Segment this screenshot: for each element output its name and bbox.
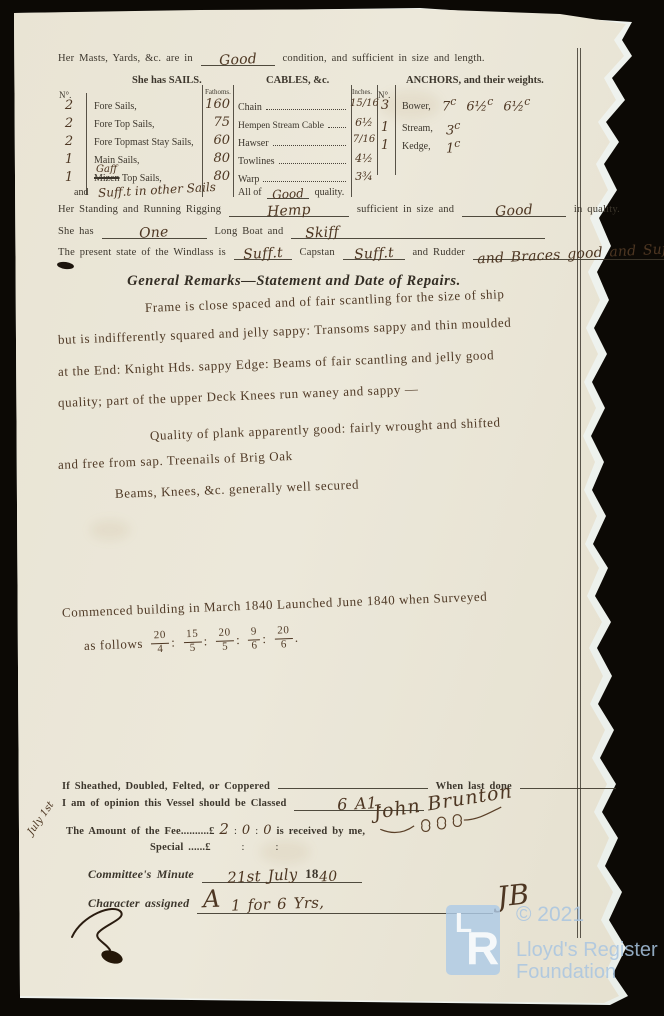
form-content: Her Masts, Yards, &c. are in Good condit… [14,11,614,1007]
boats-value-2: Skiff [305,224,340,242]
fee-label: The Amount of the Fee..........£ [66,826,215,837]
anchor-count: 1 [378,120,392,135]
sheathed-blank [278,775,428,789]
date-fraction: 206 [274,625,293,651]
rigging-pre: Her Standing and Running Rigging [58,204,221,215]
committee-year-hw: 40 [318,869,337,886]
watermark-org-line2: Foundation [516,961,616,984]
committee-date: 21st July [227,865,298,887]
cable-item: Hawser [238,137,348,149]
anchor-weights: 7c 6½c 6½c [442,95,530,114]
sheathed-line: If Sheathed, Doubled, Felted, or Coppere… [62,775,619,792]
remarks-line: Beams, Knees, &c. generally well secured [115,477,360,502]
cables-quality-line: All of Good quality. [238,187,344,199]
anchor-count: 1 [378,138,392,153]
anchor-count: 3 [378,98,392,113]
rigging-value-1: Hemp [267,202,311,220]
rigging-line: Her Standing and Running Rigging Hemp su… [58,203,620,217]
windlass-mid-1: Capstan [300,247,335,258]
ink-flourish [64,899,164,974]
inches-colhead: Inches. [352,88,372,96]
fathoms-value: 75 [202,115,230,130]
special-colon: : [276,842,279,853]
watermark-copyright: © 2021 [516,903,584,927]
masts-line: Her Masts, Yards, &c. are in Good condit… [58,52,485,66]
windlass-value-3: and Braces good and Suff.t [477,241,664,268]
cable-label: Hawser [238,138,269,149]
anchor-weight: 6½c [466,95,493,114]
special-label: Special ......£ [150,842,211,853]
boats-blank-2: Skiff [291,225,545,239]
dot-leader [273,137,346,146]
weight-num: 6½ [466,99,487,114]
masts-blank: Good [201,52,275,66]
rigging-blank-1: Hemp [229,203,349,217]
inserted-word: Gaff [96,164,117,175]
sails-header: She has SAILS. [132,75,202,86]
character-class-term: 1 for 6 Yrs, [230,893,324,914]
quality-value: Good [272,186,304,202]
committee-minute-line: Committee's Minute 21st July 18 40 [88,866,365,883]
committee-blank: 21st July 18 40 [202,866,362,883]
sails-item: Fore Top Sails, [94,119,155,130]
special-line: Special ......£ : : [150,842,279,853]
windlass-blank-2: Suff.t [343,246,405,260]
anchor-label: Bower, [402,101,431,112]
date-fraction: 204 [151,630,170,656]
fee-colon: : [234,826,237,837]
quality-blank: Good [267,187,309,199]
table-rule [233,85,234,197]
date-fraction: 155 [183,628,202,654]
lr-logo: L R [446,905,500,975]
fathoms-colhead: Fathoms. [205,88,231,96]
windlass-blank-1: Suff.t [234,246,292,260]
dot-leader [263,173,346,182]
remarks-line: quality; part of the upper Deck Knees ru… [58,381,419,411]
quality-pre: All of [238,187,262,198]
sails-count: 1 [60,152,78,167]
remarks-line: Quality of plank apparently good: fairly… [150,415,501,444]
cwt-mark: c [454,137,460,150]
build-note-line: Commenced building in March 1840 Launche… [62,589,488,621]
cable-item: Towlines [238,155,348,167]
boats-mid: Long Boat and [214,226,283,237]
windlass-value-2: Suff.t [353,245,394,263]
frac-top: 20 [274,625,293,639]
rigging-mid: sufficient in size and [357,204,454,215]
dot-leader [328,119,346,128]
rigging-value-2: Good [495,202,534,220]
cable-label: Chain [238,102,262,113]
rigging-post: in quality. [574,204,620,215]
character-class-letter: A [203,885,222,914]
fathoms-value: 80 [202,169,230,184]
remarks-line: Frame is close spaced and of fair scantl… [145,286,505,316]
cable-item: Warp [238,173,348,185]
date-fraction: 205 [215,627,234,653]
cwt-mark: c [454,119,460,132]
fee-margin-note: July 1st [26,800,57,837]
frac-bottom: 6 [251,640,258,652]
build-prefix: as follows [84,635,144,653]
sails-extra-printed: and [74,187,88,198]
windlass-pre: The present state of the Windlass is [58,247,226,258]
sails-count: 2 [60,134,78,149]
anchor-weight: 6½c [503,95,530,114]
masts-label: Her Masts, Yards, &c. are in [58,53,193,64]
windlass-value-1: Suff.t [243,245,284,263]
cwt-mark: c [450,95,456,108]
weight-num: 6½ [503,99,524,114]
dot-leader [266,101,346,110]
ink-blot [57,261,75,270]
committee-year-printed: 18 [305,866,318,882]
frac-sep: . [294,629,298,645]
sheathed-label: If Sheathed, Doubled, Felted, or Coppere… [62,781,270,792]
inches-value: 3¾ [350,170,378,183]
sails-count: 2 [60,116,78,131]
cwt-mark: c [524,95,530,108]
anchor-label: Stream, [402,123,433,134]
boats-value-1: One [139,224,169,242]
build-dates-line: as follows 204: 155: 205: 96: 206. [84,625,300,658]
fee-post: is received by me, [277,826,366,837]
cable-label: Warp [238,174,259,185]
inches-value: 15/16 [350,98,378,109]
lr-logo-letter-r: R [466,921,499,975]
fee-colon: : [255,826,258,837]
when-last-done-blank [520,775,616,789]
cable-item: Hempen Stream Cable [238,119,348,131]
windlass-blank-3: and Braces good and Suff.t [473,246,664,260]
frac-bottom: 5 [222,641,229,653]
frac-sep: : [262,631,267,647]
fee-pence: 0 [263,823,271,838]
table-rule [86,93,87,195]
quality-post: quality. [315,187,345,198]
frac-sep: : [171,634,176,650]
anchor-weight: 3c [446,119,460,138]
frac-top: 20 [215,627,234,641]
anchor-weight: 1c [446,137,460,156]
cwt-mark: c [487,95,493,108]
fee-line: The Amount of the Fee..........£ 2 : 0 :… [66,820,365,838]
frac-top: 15 [183,628,202,642]
equipment-table: She has SAILS. CABLES, &c. ANCHORS, and … [14,75,589,197]
frac-bottom: 6 [281,639,288,651]
fee-shillings: 0 [242,823,250,838]
fee-pounds: 2 [219,820,229,838]
fathoms-value: 80 [202,151,230,166]
remarks-line: at the End: Knight Hds. sappy Edge: Beam… [58,347,495,380]
frac-top: 20 [151,630,170,644]
rigging-blank-2: Good [462,203,566,217]
anchor-label: Kedge, [402,141,431,152]
cable-label: Towlines [238,156,275,167]
remarks-line: but is indifferently squared and jelly s… [58,315,512,348]
windlass-mid-2: and Rudder [412,247,465,258]
frac-sep: : [203,633,208,649]
anchor-weight: 7c [442,95,456,114]
boats-line: She has One Long Boat and Skiff [58,225,548,239]
special-colon: : [242,842,245,853]
cable-label: Hempen Stream Cable [238,121,324,131]
fathoms-value: 160 [202,97,230,112]
frac-top: 9 [248,626,261,640]
sails-item: Fore Sails, [94,101,137,112]
masts-label-post: condition, and sufficient in size and le… [283,53,485,64]
sails-count: 2 [60,98,78,113]
watermark: L R © 2021 Lloyd's Register Foundation [446,903,664,993]
sails-item: Fore Topmast Stay Sails, [94,137,194,148]
masts-value: Good [219,51,258,69]
boats-blank-1: One [102,225,207,239]
inches-value: 4½ [350,152,378,165]
frac-bottom: 4 [157,644,164,656]
inches-value: 6½ [350,116,378,129]
cable-item: Chain [238,101,348,113]
committee-label: Committee's Minute [88,867,194,881]
frac-bottom: 5 [190,642,197,654]
watermark-org-line1: Lloyd's Register [516,939,658,962]
windlass-line: The present state of the Windlass is Suf… [58,246,664,260]
fathoms-value: 60 [202,133,230,148]
frac-sep: : [236,632,241,648]
sails-count: 1 [60,170,78,185]
classed-label: I am of opinion this Vessel should be Cl… [62,798,287,809]
anchors-header: ANCHORS, and their weights. [406,75,544,86]
date-fraction: 96 [248,626,261,652]
survey-document-scan: Her Masts, Yards, &c. are in Good condit… [0,0,664,1016]
boats-pre: She has [58,226,94,237]
inches-value: 7/16 [350,134,378,145]
table-rule [395,85,396,175]
remarks-line: and free from sap. Treenails of Brig Oak [58,448,293,473]
dot-leader [279,155,346,164]
cables-header: CABLES, &c. [266,75,329,86]
